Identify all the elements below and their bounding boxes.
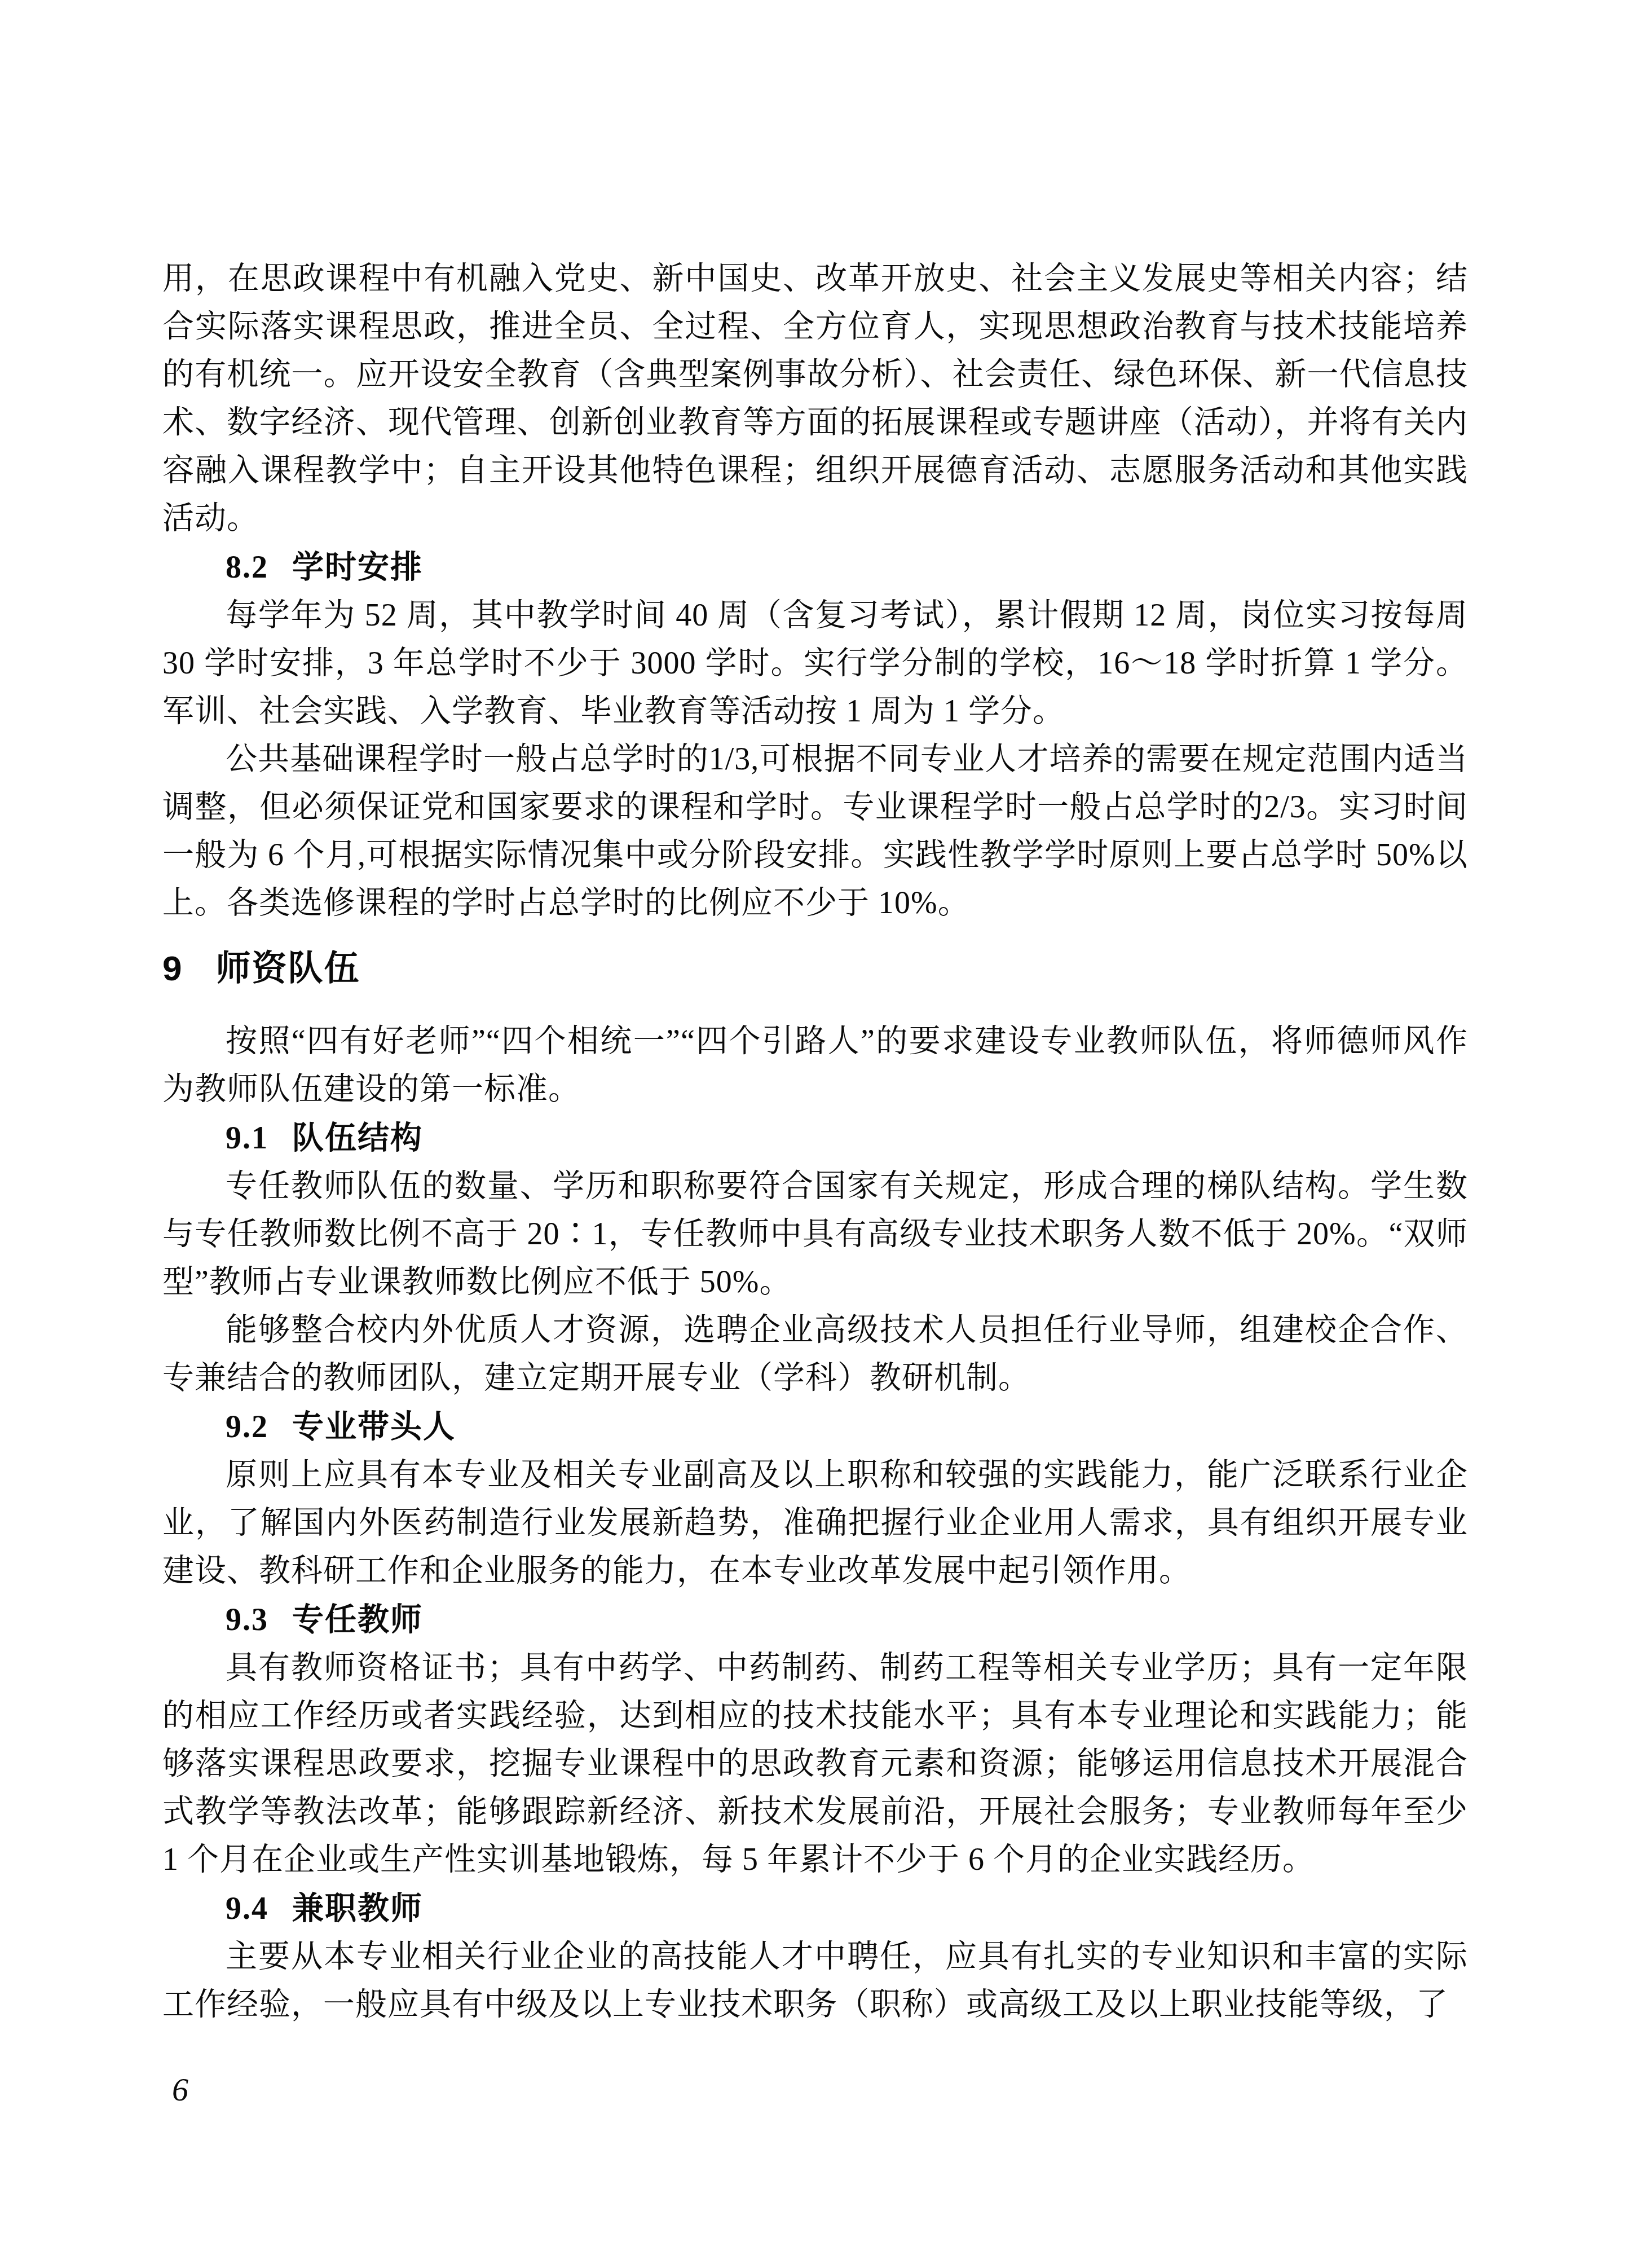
document-content: 用，在思政课程中有机融入党史、新中国史、改革开放史、社会主义发展史等相关内容；结… (162, 255, 1468, 2029)
paragraph: 原则上应具有本专业及相关专业副高及以上职称和较强的实践能力，能广泛联系行业企业，… (162, 1451, 1468, 1595)
document-page-surface: 用，在思政课程中有机融入党史、新中国史、改革开放史、社会主义发展史等相关内容；结… (0, 0, 1627, 2268)
paragraph: 按照“四有好老师”“四个相统一”“四个引路人”的要求建设专业教师队伍，将师德师风… (162, 1018, 1468, 1113)
heading-title: 专任教师 (292, 1601, 423, 1637)
heading-number: 8.2 (226, 544, 268, 592)
section-heading: 9.4兼职教师 (162, 1884, 1468, 1933)
heading-title: 师资队伍 (215, 949, 360, 988)
paragraph: 专任教师队伍的数量、学历和职称要符合国家有关规定，形成合理的梯队结构。学生数与专… (162, 1162, 1468, 1306)
paragraph: 用，在思政课程中有机融入党史、新中国史、改革开放史、社会主义发展史等相关内容；结… (162, 255, 1468, 543)
document-page: { "page": { "number": "6", "background_c… (0, 0, 1627, 2268)
heading-title: 队伍结构 (292, 1120, 423, 1155)
heading-title: 兼职教师 (292, 1890, 423, 1926)
heading-number: 9.4 (226, 1885, 268, 1933)
heading-title: 专业带头人 (292, 1408, 456, 1444)
heading-title: 学时安排 (292, 549, 423, 584)
paragraph: 具有教师资格证书；具有中药学、中药制药、制药工程等相关专业学历；具有一定年限的相… (162, 1644, 1468, 1884)
heading-number: 9 (162, 943, 183, 995)
heading-number: 9.3 (226, 1596, 268, 1644)
paragraph: 每学年为 52 周，其中教学时间 40 周（含复习考试），累计假期 12 周，岗… (162, 592, 1468, 736)
paragraph: 主要从本专业相关行业企业的高技能人才中聘任，应具有扎实的专业知识和丰富的实际工作… (162, 1933, 1468, 2029)
heading-number: 9.1 (226, 1115, 268, 1162)
section-heading: 9.3专任教师 (162, 1595, 1468, 1644)
heading-number: 9.2 (226, 1403, 268, 1451)
chapter-heading: 9师资队伍 (162, 943, 1468, 995)
section-heading: 9.2专业带头人 (162, 1402, 1468, 1451)
paragraph: 公共基础课程学时一般占总学时的1/3,可根据不同专业人才培养的需要在规定范围内适… (162, 736, 1468, 927)
section-heading: 9.1队伍结构 (162, 1113, 1468, 1162)
page-number: 6 (172, 2066, 188, 2113)
section-heading: 8.2学时安排 (162, 543, 1468, 592)
paragraph: 能够整合校内外优质人才资源，选聘企业高级技术人员担任行业导师，组建校企合作、专兼… (162, 1306, 1468, 1402)
